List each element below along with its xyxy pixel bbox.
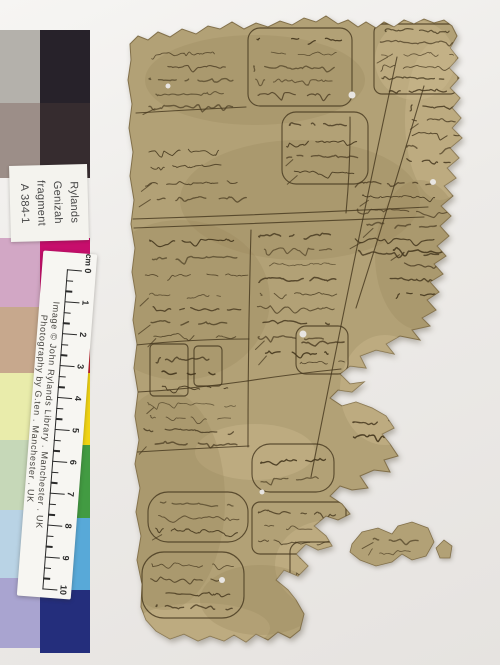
ruler-number: 1 — [80, 300, 90, 306]
color-patch — [40, 590, 90, 653]
photo-canvas: Rylands Genizah fragment A 384-1 Image ©… — [0, 0, 500, 665]
ink-script-line — [300, 557, 356, 562]
ruler-cm-tick — [55, 429, 70, 431]
paper-flake — [436, 540, 452, 558]
paper-hole — [219, 577, 225, 583]
ruler-unit-label: cm — [83, 253, 94, 266]
paper-hole — [430, 179, 436, 185]
ink-script-line — [298, 588, 346, 591]
ruler-cm-tick — [67, 269, 82, 271]
ruler-number: 8 — [63, 523, 73, 529]
ruler-cm-tick — [62, 333, 77, 335]
ruler-number: 10 — [58, 585, 69, 596]
fragment-id-text: Rylands Genizah fragment A 384-1 — [15, 179, 82, 227]
paper-hole — [300, 331, 307, 338]
ruler-number: 7 — [66, 491, 76, 497]
ruler-number: 4 — [73, 396, 83, 402]
ruler-cm-tick — [47, 525, 62, 527]
grayscale-patch — [40, 30, 90, 103]
ruler-number: 5 — [70, 428, 80, 434]
ink-script-line — [399, 357, 443, 362]
ruler-number: 9 — [61, 555, 71, 561]
grayscale-patch — [0, 30, 40, 103]
color-patch — [0, 238, 40, 307]
ruler-cm-tick — [42, 588, 57, 590]
ruler-number: 3 — [75, 364, 85, 370]
ink-script-line — [398, 341, 455, 344]
ruler-cm-tick — [60, 365, 75, 367]
paper-hole — [166, 84, 171, 89]
ruler-cm-tick — [64, 301, 79, 303]
ruler-cm-tick — [45, 556, 60, 558]
ruler-cm-tick — [52, 461, 67, 463]
paper-hole — [349, 92, 356, 99]
ink-script-line — [296, 572, 354, 578]
fragment-id-label: Rylands Genizah fragment A 384-1 — [9, 164, 89, 242]
paper-hole — [260, 490, 265, 495]
ruler-cm-tick — [50, 493, 65, 495]
ruler-number: 0 — [83, 268, 93, 274]
ruler-cm-tick — [57, 397, 72, 399]
ruler-number: 6 — [68, 459, 78, 465]
ruler-number: 2 — [78, 332, 88, 338]
paper-flake — [350, 522, 434, 566]
